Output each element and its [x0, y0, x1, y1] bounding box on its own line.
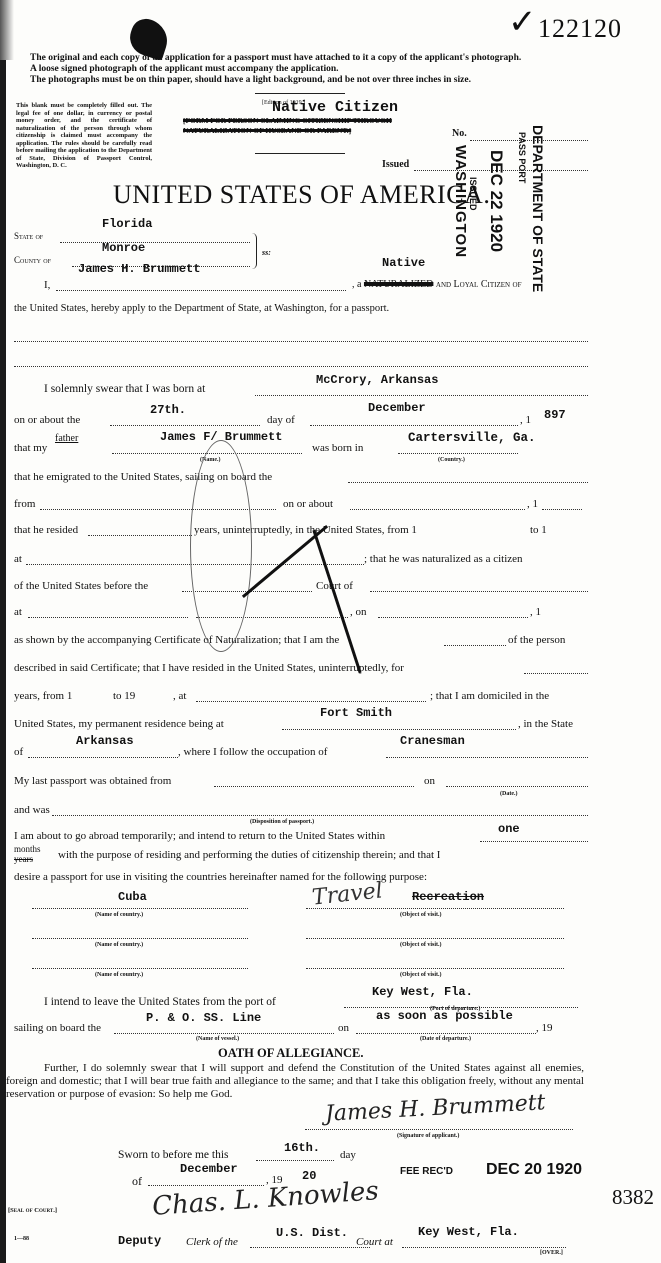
vessel-value[interactable]: P. & O. SS. Line — [146, 1011, 261, 1025]
birth-year[interactable]: 897 — [544, 408, 566, 422]
issued-label: Issued — [382, 159, 409, 170]
divider — [255, 93, 345, 94]
file-number: 122120 — [538, 14, 622, 44]
sworn-month[interactable]: December — [180, 1162, 238, 1176]
years-from-text: years, from 1 — [14, 690, 72, 702]
country-value[interactable]: Cuba — [118, 890, 147, 904]
resided-label: that he resided — [14, 524, 78, 536]
and-was-label: and was — [14, 804, 50, 816]
state-value[interactable]: Florida — [102, 217, 152, 231]
object-caption: (Object of visit.) — [400, 942, 442, 948]
day-of-label: day of — [267, 414, 295, 426]
year-label: , 1 — [527, 498, 538, 510]
vessel-line — [348, 482, 588, 483]
father-born-place[interactable]: Cartersville, Ga. — [408, 431, 536, 445]
port-value[interactable]: Key West, Fla. — [372, 985, 473, 999]
at-label: , at — [173, 690, 186, 702]
form-number: 1—88 — [14, 1236, 29, 1242]
naturalized-text: ; that he was naturalized as a citizen — [364, 553, 523, 565]
name-line — [56, 290, 346, 291]
day-line — [256, 1160, 334, 1161]
seal-label: [Seal of Court.] — [8, 1207, 57, 1214]
vessel-caption: (Name of vessel.) — [196, 1036, 239, 1042]
state-line — [60, 242, 250, 243]
vessel-line — [114, 1033, 334, 1034]
date-line — [446, 786, 588, 787]
court-line — [250, 1247, 370, 1248]
disposition-caption: (Disposition of passport.) — [250, 819, 314, 825]
year-label: , 1 — [530, 606, 541, 618]
year-line — [542, 509, 582, 510]
instruction-line: The original and each copy of an applica… — [30, 53, 630, 64]
citizen-type-value[interactable]: Native — [382, 256, 425, 270]
occupation-line — [386, 757, 588, 758]
occupation-value[interactable]: Cranesman — [400, 734, 465, 748]
birth-day[interactable]: 27th. — [150, 403, 186, 417]
fee-stamp: FEE REC'D — [400, 1166, 453, 1177]
sworn-day[interactable]: 16th. — [284, 1141, 320, 1155]
oath-title: OATH OF ALLEGIANCE. — [218, 1046, 364, 1061]
no-label: No. — [452, 128, 467, 139]
court-of-line — [370, 591, 588, 592]
instruction-line: A loose signed photograph of the applica… — [30, 64, 630, 75]
born-place[interactable]: McCrory, Arkansas — [316, 373, 438, 387]
obtained-from-line — [214, 786, 414, 787]
on-label: on — [338, 1022, 349, 1034]
country-field[interactable] — [32, 968, 248, 969]
object-value[interactable]: Recreation — [412, 890, 484, 904]
date-line — [356, 1033, 536, 1034]
on-line — [378, 617, 528, 618]
deputy-label: Deputy — [118, 1234, 161, 1248]
months-label: months — [14, 844, 41, 854]
apply-text: the United States, hereby apply to the D… — [14, 303, 389, 314]
residence-label: United States, my permanent residence be… — [14, 718, 224, 730]
clerk-signature: Chas. L. Knowles — [151, 1176, 379, 1222]
described-text: described in said Certificate; that I ha… — [14, 662, 404, 674]
to-19-text: to 19 — [113, 690, 135, 702]
sworn-label: Sworn to before me this — [118, 1149, 229, 1161]
in-state-label: , in the State — [518, 718, 573, 730]
father-born-line — [398, 453, 518, 454]
at-label: at — [14, 553, 22, 565]
born-line — [255, 395, 588, 396]
fee-date-stamp: DEC 20 1920 — [486, 1161, 582, 1179]
county-value[interactable]: Monroe — [102, 241, 145, 255]
country-caption: (Country.) — [438, 457, 465, 463]
residence-city[interactable]: Fort Smith — [320, 706, 392, 720]
relation-line — [444, 645, 506, 646]
at3-line — [196, 701, 426, 702]
months-years: months years — [14, 844, 41, 864]
of-person-text: of the person — [508, 634, 565, 646]
disposition-line — [52, 815, 588, 816]
occupation-label: , where I follow the occupation of — [178, 746, 327, 758]
resided-line — [88, 535, 192, 536]
ink-stroke — [312, 530, 361, 674]
blank-line — [14, 341, 588, 342]
object-line — [306, 908, 564, 909]
years-label: years — [14, 854, 41, 864]
father-born-label: was born in — [312, 442, 363, 454]
date-caption: (Date of departure.) — [420, 1036, 471, 1042]
country-caption: (Name of country.) — [95, 912, 143, 918]
object-field[interactable] — [306, 968, 564, 969]
object-caption: (Object of visit.) — [400, 912, 442, 918]
form-for-struck: [FORM FOR PERSON CLAIMING CITIZENSHIP TH… — [183, 116, 403, 136]
country-line — [32, 908, 248, 909]
born-label: I solemnly swear that I was born at — [44, 383, 205, 395]
day-line — [110, 425, 260, 426]
on-about-label: on or about — [283, 498, 333, 510]
state-label: State of — [14, 231, 43, 241]
year-prefix: , 1 — [520, 414, 531, 426]
birth-month[interactable]: December — [368, 401, 426, 415]
country-caption: (Name of country.) — [95, 942, 143, 948]
duration-value[interactable]: one — [498, 822, 520, 836]
dept-stamp: DEPARTMENT OF STATE — [530, 125, 546, 292]
on-label: , on — [350, 606, 367, 618]
departure-date[interactable]: as soon as possible — [376, 1009, 513, 1023]
court-location[interactable]: Key West, Fla. — [418, 1225, 519, 1239]
blank-line — [14, 366, 588, 367]
day-label: day — [340, 1149, 356, 1161]
state-line — [28, 757, 178, 758]
relation: father — [55, 433, 78, 444]
handwritten-object: Travel — [311, 878, 384, 910]
object-caption: (Object of visit.) — [400, 972, 442, 978]
page-title: UNITED STATES OF AMERICA. — [113, 180, 490, 210]
residence-state[interactable]: Arkansas — [76, 734, 134, 748]
about-label: on or about the — [14, 414, 80, 426]
clerk-of-label: Clerk of the — [186, 1236, 238, 1248]
on-label: on — [424, 775, 435, 787]
bracket — [252, 233, 257, 269]
side-number: 8382 — [612, 1185, 654, 1210]
instruction-line: The photographs must be on thin paper, s… — [30, 75, 630, 86]
to-label: to 1 — [530, 524, 547, 536]
leave-label: I intend to leave the United States from… — [44, 996, 276, 1008]
no-field[interactable] — [470, 140, 588, 141]
country-caption: (Name of country.) — [95, 972, 143, 978]
of-label: of — [132, 1174, 142, 1189]
domiciled-text: ; that I am domiciled in the — [430, 690, 549, 702]
at2-line — [28, 617, 188, 618]
check-mark-icon: ✓ — [508, 2, 537, 42]
signature-caption: (Signature of applicant.) — [397, 1133, 459, 1139]
i-label: I, — [44, 279, 50, 291]
passport-stamp: PASS PORT — [517, 132, 527, 183]
purpose-text: with the purpose of residing and perform… — [58, 849, 440, 861]
city-line — [282, 729, 516, 730]
photo-instructions: The original and each copy of an applica… — [30, 53, 630, 86]
month-line — [310, 425, 518, 426]
scan-shadow — [0, 0, 14, 60]
date-caption: (Date.) — [500, 791, 518, 797]
duration-line — [480, 841, 588, 842]
country-field[interactable] — [32, 938, 248, 939]
ss-label: ss: — [262, 248, 271, 257]
over-label: [OVER.] — [540, 1250, 563, 1256]
resided-for-line — [524, 673, 588, 674]
about-line — [350, 509, 525, 510]
loyal-label: and Loyal Citizen of — [436, 279, 522, 290]
instructions-note: This blank must be completely filled out… — [16, 102, 152, 170]
father-label: that my — [14, 442, 47, 454]
divider — [255, 153, 345, 154]
location-line — [402, 1247, 566, 1248]
signature-line — [305, 1129, 573, 1130]
before-text: of the United States before the — [14, 580, 148, 592]
abroad-text: I am about to go abroad temporarily; and… — [14, 830, 385, 842]
object-field[interactable] — [306, 938, 564, 939]
shown-by-text: as shown by the accompanying Certificate… — [14, 634, 339, 646]
form-type-typed: Native Citizen — [272, 99, 398, 116]
sailing-label: sailing on board the — [14, 1022, 101, 1034]
court-at-label: Court at — [356, 1236, 393, 1248]
applicant-name[interactable]: James H. Brummett — [78, 262, 200, 276]
pencil-mark — [190, 440, 252, 652]
county-label: County of — [14, 255, 51, 265]
court-value[interactable]: U.S. Dist. — [276, 1226, 348, 1240]
of-label: of — [14, 746, 23, 758]
at-label: at — [14, 606, 22, 618]
last-passport-label: My last passport was obtained from — [14, 775, 171, 787]
from-label: from — [14, 498, 35, 510]
year-label: , 19 — [536, 1022, 553, 1034]
